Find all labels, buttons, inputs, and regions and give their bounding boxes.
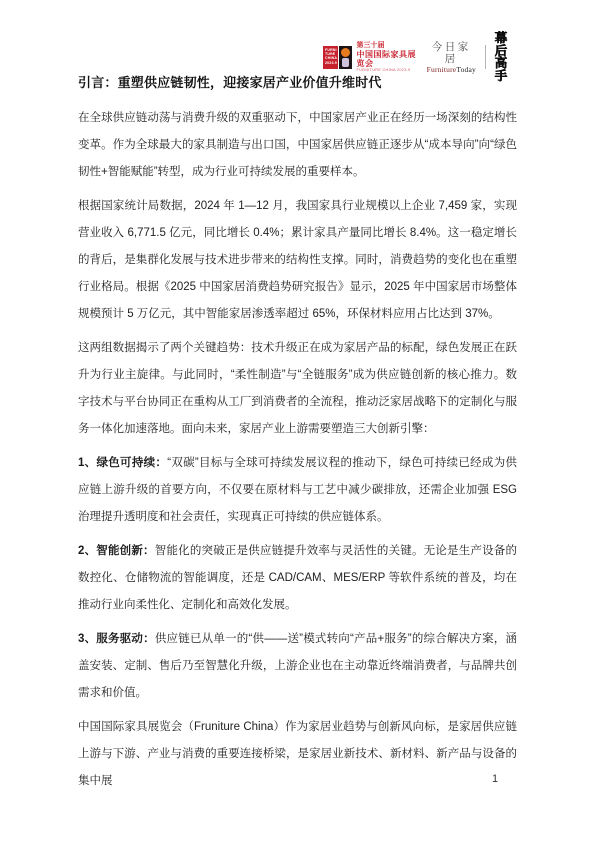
item-service-label: 3、服务驱动： [78, 633, 155, 645]
paragraph-intro: 在全球供应链动荡与消费升级的双重驱动下，中国家居产业正在经历一场深刻的结构性变革… [78, 105, 517, 186]
numbered-item-green: 1、绿色可持续：“双碳”目标与全球可持续发展议程的推动下，绿色可持续已经成为供应… [78, 450, 517, 531]
page-number: 1 [492, 773, 498, 785]
paragraph-trends: 这两组数据揭示了两个关键趋势：技术升级正在成为家居产品的标配，绿色发展正在跃升为… [78, 335, 517, 443]
document-title: 引言：重塑供应链韧性，迎接家居产业价值升维时代 [78, 74, 517, 92]
document-page: FURNI TURE CHINA 2023.9 第三十届 中国国际家具展览会 F… [0, 0, 595, 841]
document-content: 引言：重塑供应链韧性，迎接家居产业价值升维时代 在全球供应链动荡与消费升级的双重… [78, 0, 517, 802]
numbered-item-service: 3、服务驱动：供应链已从单一的“供——送”模式转向“产品+服务”的综合解决方案，… [78, 626, 517, 707]
numbered-item-smart: 2、智能创新：智能化的突破正是供应链提升效率与灵活性的关键。无论是生产设备的数控… [78, 538, 517, 619]
item-green-label: 1、绿色可持续： [78, 457, 167, 469]
paragraph-closing: 中国国际家具展览会（Fruniture China）作为家居业趋势与创新风向标，… [78, 714, 517, 795]
paragraph-statistics: 根据国家统计局数据，2024 年 1—12 月，我国家具行业规模以上企业 7,4… [78, 193, 517, 328]
item-smart-label: 2、智能创新： [78, 545, 155, 557]
